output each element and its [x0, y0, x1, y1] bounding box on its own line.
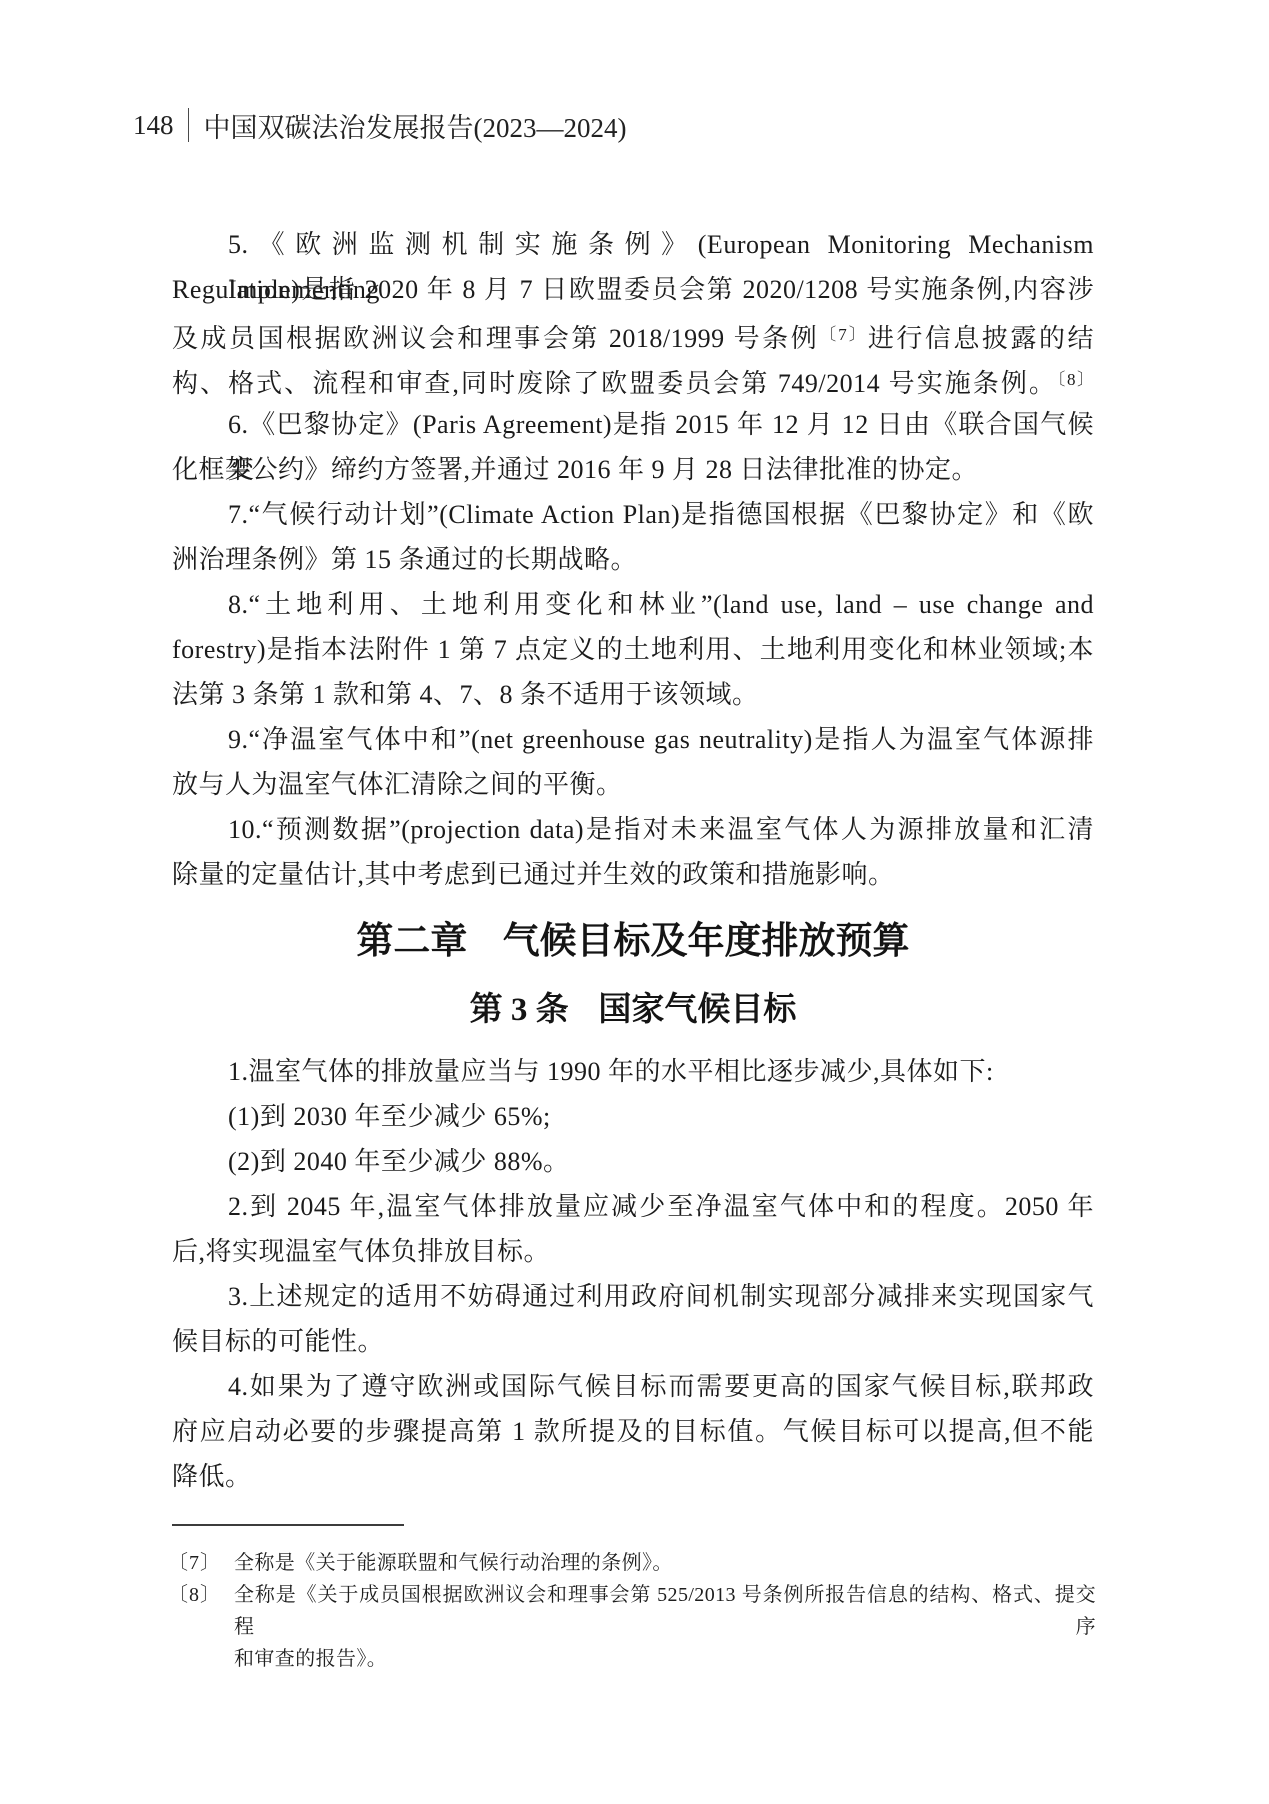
text-line: 5.《欧洲监测机制实施条例》(European Monitoring Mecha…: [172, 222, 1094, 267]
text-line: 1.温室气体的排放量应当与 1990 年的水平相比逐步减少,具体如下:: [172, 1049, 1094, 1094]
footnote-marker: 〔7〕: [168, 1547, 234, 1579]
chapter-title: 气候目标及年度排放预算: [503, 921, 910, 962]
footnote-line: 全称是《关于能源联盟和气候行动治理的条例》。: [234, 1547, 1096, 1579]
text-line: 洲治理条例》第 15 条通过的长期战略。: [172, 537, 1094, 582]
text-line: 2.到 2045 年,温室气体排放量应减少至净温室气体中和的程度。2050 年: [172, 1184, 1094, 1229]
text-line: 放与人为温室气体汇清除之间的平衡。: [172, 762, 1094, 807]
text-line: 6.《巴黎协定》(Paris Agreement)是指 2015 年 12 月 …: [172, 402, 1094, 447]
text-line: 后,将实现温室气体负排放目标。: [172, 1229, 1094, 1274]
page-number: 148: [133, 110, 174, 141]
footnote-line: 和审查的报告》。: [234, 1643, 1096, 1675]
footnote-text: 全称是《关于成员国根据欧洲议会和理事会第 525/2013 号条例所报告信息的结…: [234, 1579, 1096, 1675]
chapter-heading: 第二章气候目标及年度排放预算: [172, 916, 1094, 968]
text-line: 7.“气候行动计划”(Climate Action Plan)是指德国根据《巴黎…: [172, 492, 1094, 537]
running-header: 148 中国双碳法治发展报告(2023—2024): [133, 103, 626, 147]
definitions-paragraphs: 5.《欧洲监测机制实施条例》(European Monitoring Mecha…: [172, 222, 1094, 897]
footnote-ref: 〔7〕: [819, 325, 868, 344]
text-line: 府应启动必要的步骤提高第 1 款所提及的目标值。气候目标可以提高,但不能: [172, 1409, 1094, 1454]
text-line: 10.“预测数据”(projection data)是指对未来温室气体人为源排放…: [172, 807, 1094, 852]
text-line: Regulation)是指 2020 年 8 月 7 日欧盟委员会第 2020/…: [172, 267, 1094, 312]
text-line: (2)到 2040 年至少减少 88%。: [172, 1139, 1094, 1184]
footnote-ref: 〔8〕: [1057, 370, 1094, 389]
text-line: 及成员国根据欧洲议会和理事会第 2018/1999 号条例〔7〕进行信息披露的结: [172, 312, 1094, 357]
text-line: 化框架公约》缔约方签署,并通过 2016 年 9 月 28 日法律批准的协定。: [172, 447, 1094, 492]
article-body-paragraphs: 1.温室气体的排放量应当与 1990 年的水平相比逐步减少,具体如下:(1)到 …: [172, 1049, 1094, 1499]
footnote-row: 〔7〕全称是《关于能源联盟和气候行动治理的条例》。: [168, 1547, 1096, 1579]
chapter-number: 第二章: [356, 921, 467, 962]
article-heading: 第 3 条国家气候目标: [172, 986, 1094, 1034]
footnotes: 〔7〕全称是《关于能源联盟和气候行动治理的条例》。〔8〕全称是《关于成员国根据欧…: [168, 1547, 1096, 1675]
text-line: 3.上述规定的适用不妨碍通过利用政府间机制实现部分减排来实现国家气: [172, 1274, 1094, 1319]
footnote-line: 全称是《关于成员国根据欧洲议会和理事会第 525/2013 号条例所报告信息的结…: [234, 1579, 1096, 1643]
book-title: 中国双碳法治发展报告(2023—2024): [204, 106, 627, 145]
text-line: 8.“土地利用、土地利用变化和林业”(land use, land – use …: [172, 582, 1094, 627]
footnote-text: 全称是《关于能源联盟和气候行动治理的条例》。: [234, 1547, 1096, 1579]
footnote-separator-rule: [172, 1524, 404, 1526]
text-line: 降低。: [172, 1454, 1094, 1499]
book-page: 148 中国双碳法治发展报告(2023—2024) 5.《欧洲监测机制实施条例》…: [0, 0, 1269, 1804]
text-line: 法第 3 条第 1 款和第 4、7、8 条不适用于该领域。: [172, 672, 1094, 717]
text-line: (1)到 2030 年至少减少 65%;: [172, 1094, 1094, 1139]
text-line: 4.如果为了遵守欧洲或国际气候目标而需要更高的国家气候目标,联邦政: [172, 1364, 1094, 1409]
article-number: 第 3 条: [470, 992, 569, 1028]
text-line: 候目标的可能性。: [172, 1319, 1094, 1364]
text-line: 9.“净温室气体中和”(net greenhouse gas neutralit…: [172, 717, 1094, 762]
text-line: forestry)是指本法附件 1 第 7 点定义的土地利用、土地利用变化和林业…: [172, 627, 1094, 672]
article-title: 国家气候目标: [598, 992, 796, 1028]
footnote-row: 〔8〕全称是《关于成员国根据欧洲议会和理事会第 525/2013 号条例所报告信…: [168, 1579, 1096, 1675]
text-line: 除量的定量估计,其中考虑到已通过并生效的政策和措施影响。: [172, 852, 1094, 897]
header-divider: [188, 108, 189, 142]
footnote-marker: 〔8〕: [168, 1579, 234, 1675]
text-line: 构、格式、流程和审查,同时废除了欧盟委员会第 749/2014 号实施条例。〔8…: [172, 357, 1094, 402]
